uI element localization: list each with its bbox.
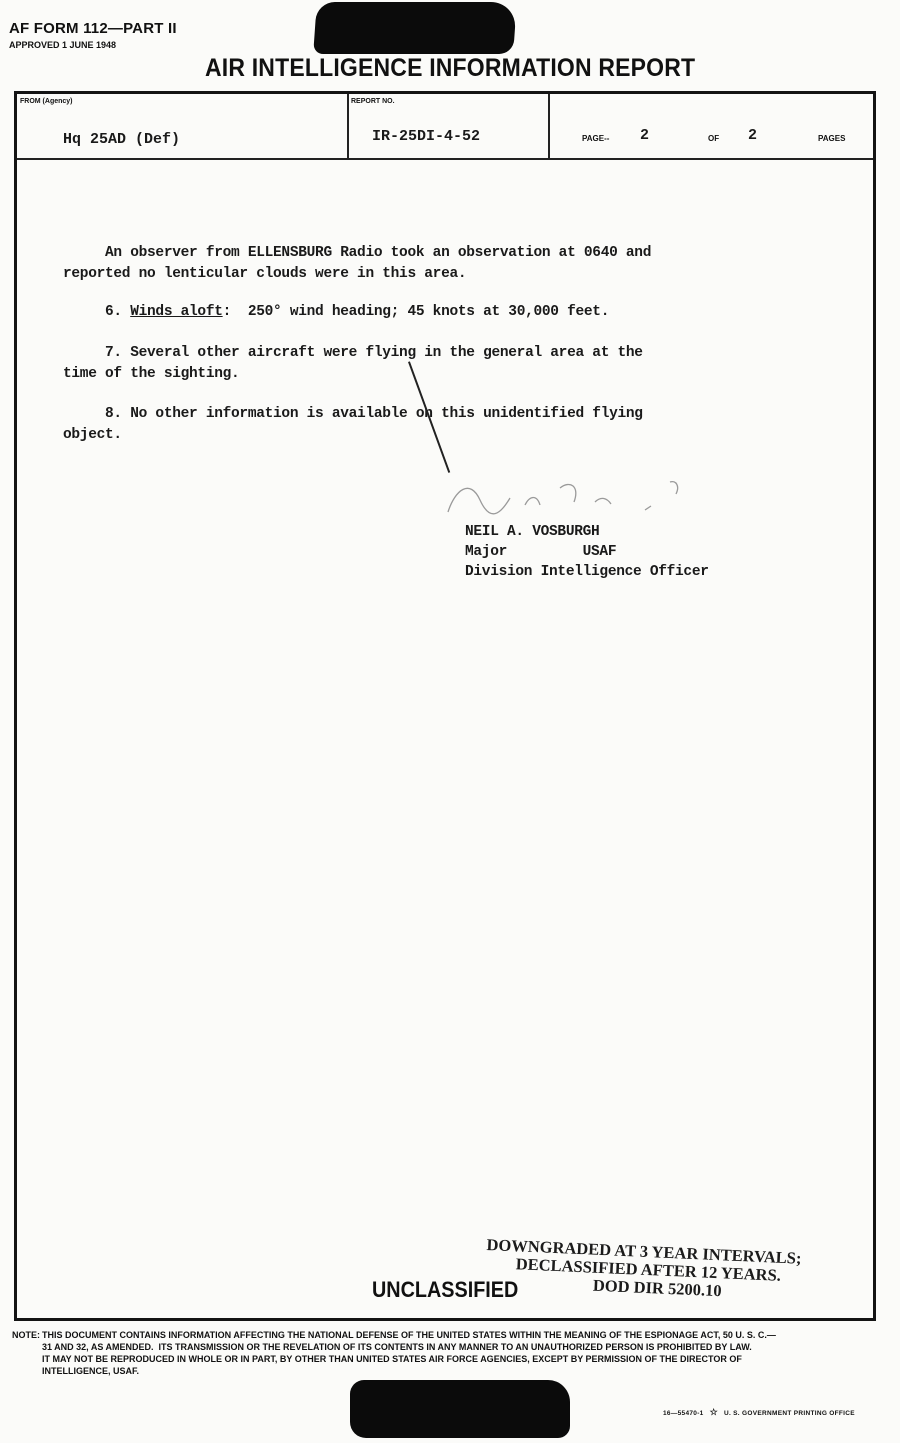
report-number-value: IR-25DI-4-52 <box>372 128 480 145</box>
report-title: AIR INTELLIGENCE INFORMATION REPORT <box>205 54 695 83</box>
page-number: 2 <box>640 127 649 144</box>
note-label: NOTE: <box>12 1329 40 1341</box>
handwritten-signature <box>430 470 700 520</box>
from-value: Hq 25AD (Def) <box>63 131 180 148</box>
signer-title: Division Intelligence Officer <box>465 562 709 582</box>
from-cell: FROM (Agency) Hq 25AD (Def) <box>17 94 349 158</box>
page-cell: PAGE-- 2 OF 2 PAGES <box>550 94 873 158</box>
item-6-text: : 250° wind heading; 45 knots at 30,000 … <box>223 304 609 320</box>
pages-label: PAGES <box>818 134 845 143</box>
item-6-heading: Winds aloft <box>130 304 222 320</box>
classification-marking: UNCLASSIFIED <box>372 1277 518 1303</box>
signer-rank: Major USAF <box>465 542 709 562</box>
star-icon: ☆ <box>710 1407 718 1417</box>
page-label: PAGE-- <box>582 134 609 143</box>
signer-name: NEIL A. VOSBURGH <box>465 522 709 542</box>
form-header-row: FROM (Agency) Hq 25AD (Def) REPORT NO. I… <box>17 94 873 160</box>
of-label: OF <box>708 134 719 143</box>
redaction-block-top <box>313 2 517 54</box>
item-6-number: 6. <box>63 304 130 320</box>
form-approval-date: APPROVED 1 JUNE 1948 <box>9 40 116 50</box>
from-label: FROM (Agency) <box>20 98 73 105</box>
item-6-winds-aloft: 6. Winds aloft: 250° wind heading; 45 kn… <box>63 302 609 323</box>
note-text: THIS DOCUMENT CONTAINS INFORMATION AFFEC… <box>42 1329 776 1377</box>
redaction-block-bottom <box>350 1380 570 1438</box>
signature-block: NEIL A. VOSBURGHMajor USAFDivision Intel… <box>465 522 709 582</box>
form-id: AF FORM 112—PART II <box>9 20 177 37</box>
report-number-label: REPORT NO. <box>351 98 395 105</box>
item-7-other-aircraft: 7. Several other aircraft were flying in… <box>63 343 643 385</box>
form-print-code: 16—55470-1 <box>663 1410 704 1417</box>
total-pages: 2 <box>748 127 757 144</box>
report-number-cell: REPORT NO. IR-25DI-4-52 <box>348 94 550 158</box>
printing-office-line: 16—55470-1☆U. S. GOVERNMENT PRINTING OFF… <box>663 1407 855 1418</box>
printer-name: U. S. GOVERNMENT PRINTING OFFICE <box>724 1410 855 1417</box>
observer-paragraph: An observer from ELLENSBURG Radio took a… <box>63 243 651 285</box>
item-8-no-other-info: 8. No other information is available on … <box>63 404 643 446</box>
